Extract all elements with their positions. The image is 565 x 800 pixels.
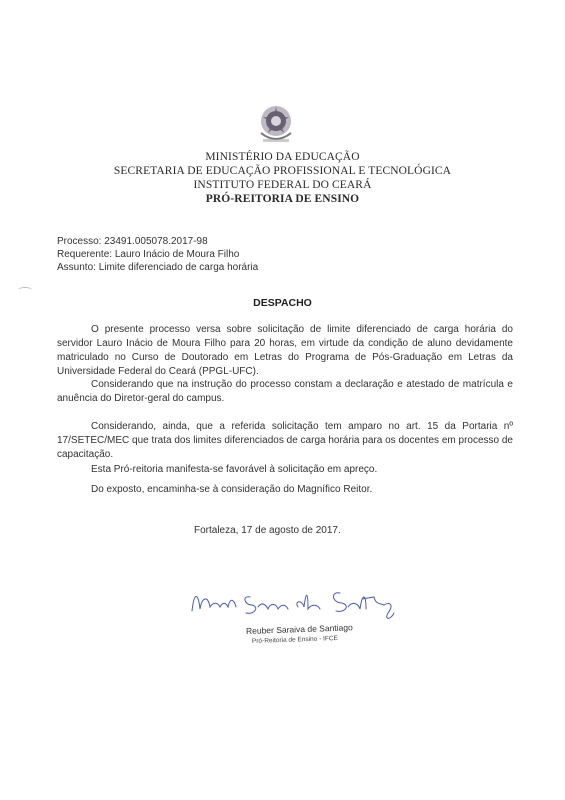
paragraph-2: Considerando que na instrução do process… [57,378,513,406]
handwritten-signature [190,583,410,623]
scan-mark [18,287,32,293]
dateline: Fortaleza, 17 de agosto de 2017. [194,525,341,536]
letterhead-secretariat: SECRETARIA DE EDUCAÇÃO PROFISSIONAL E TE… [0,165,565,177]
paragraph-3: Considerando, ainda, que a referida soli… [57,420,513,462]
signer-name: Reuber Saraiva de Santiago [246,622,353,636]
paragraph-5: Do exposto, encaminha-se à consideração … [91,483,511,497]
subject: Assunto: Limite diferenciado de carga ho… [57,262,258,273]
document-title: DESPACHO [0,297,565,309]
paragraph-1: O presente processo versa sobre solicita… [57,323,513,379]
signer-role: Pró-Reitoria de Ensino - IFCE [252,635,338,645]
letterhead-institute: INSTITUTO FEDERAL DO CEARÁ [0,179,565,191]
requester: Requerente: Lauro Inácio de Moura Filho [57,249,239,260]
paragraph-4: Esta Pró-reitoria manifesta-se favorável… [91,463,511,477]
letterhead-ministry: MINISTÉRIO DA EDUCAÇÃO [0,151,565,163]
process-number: Processo: 23491.005078.2017-98 [57,236,208,247]
document-page: MINISTÉRIO DA EDUCAÇÃO SECRETARIA DE EDU… [0,0,565,800]
letterhead-department: PRÓ-REITORIA DE ENSINO [0,193,565,205]
brazil-coat-of-arms-icon [253,101,299,147]
